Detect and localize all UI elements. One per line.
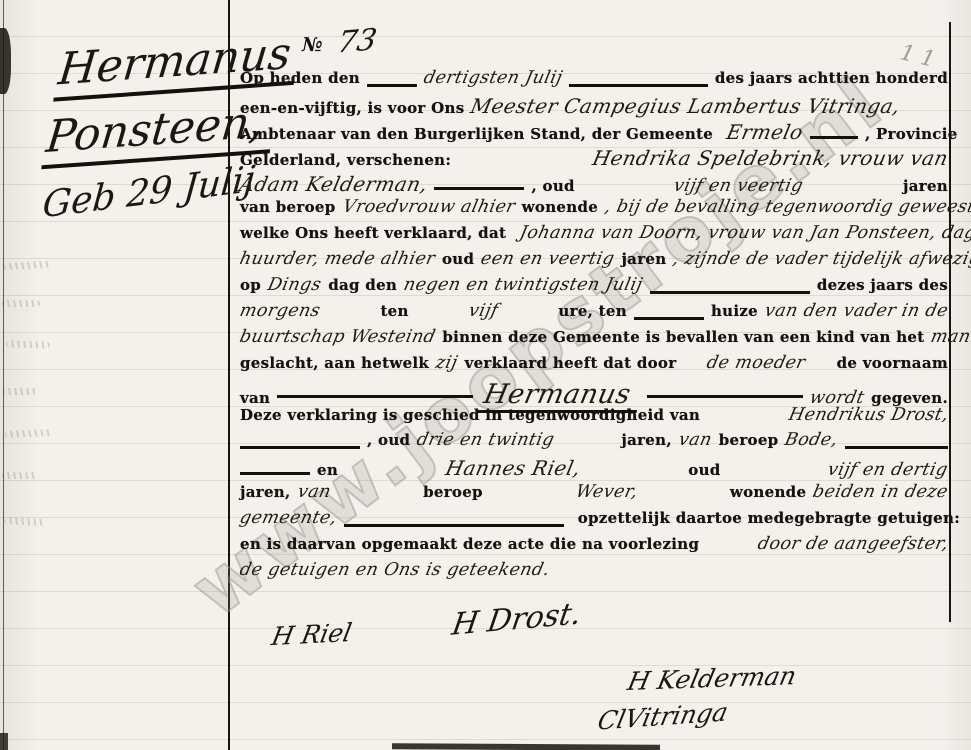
printed-form-text: jaren, (621, 431, 672, 449)
printed-form-text: gegeven. (871, 389, 948, 407)
handwritten-entry: Hannes Riel, (443, 456, 583, 480)
act-line: een-en-vijftig, is voor OnsMeester Campe… (240, 94, 948, 120)
handwritten-entry: morgens (238, 301, 322, 321)
printed-form-text: , oud (531, 177, 574, 195)
handwritten-entry: van (295, 482, 332, 502)
bleed-through-mark (4, 261, 50, 270)
printed-form-text: Op heden den (240, 69, 360, 87)
handwritten-entry: Ermelo (725, 120, 806, 144)
ink-smudge (0, 28, 11, 94)
handwritten-entry: buurtschap Westeind (238, 327, 438, 347)
printed-form-text: en is daarvan opgemaakt deze acte die na… (240, 535, 699, 553)
printed-form-text: beroep (719, 431, 779, 449)
handwritten-entry: Hendrikus Drost, (786, 405, 950, 425)
act-body: № 73 Op heden dendertigsten Julijdes jaa… (240, 24, 948, 586)
printed-form-text: de voornaam (837, 354, 948, 372)
blank-fill-rule (240, 446, 360, 449)
signature-registrar-vitringa: ClVitringa (595, 697, 731, 736)
handwritten-entry: Johanna van Doorn, vrouw van Jan Ponstee… (518, 223, 971, 243)
blank-fill-rule (344, 524, 564, 527)
printed-form-text: geslacht, aan hetwelk (240, 354, 429, 372)
printed-form-text: des jaars achttien honderd (715, 69, 948, 87)
handwritten-entry: een en veertig (479, 249, 616, 269)
printed-form-text: wonende (522, 198, 598, 216)
bleed-through-mark (2, 300, 40, 307)
printed-form-text: oud (688, 461, 720, 479)
printed-form-text: jaren, (240, 483, 291, 501)
printed-form-text: van beroep (240, 198, 336, 216)
signature-declarant-kelderman: H Kelderman (625, 661, 799, 696)
handwritten-entry: Dings (266, 275, 323, 295)
blank-fill-rule (810, 136, 858, 139)
printed-form-text: oud (442, 250, 474, 268)
printed-form-text: opzettelijk daartoe medegebragte getuige… (578, 509, 960, 527)
handwritten-entry: de moeder (705, 353, 807, 373)
act-line: en is daarvan opgemaakt deze acte die na… (240, 534, 948, 560)
handwritten-entry: Hermanus (477, 379, 644, 413)
handwritten-entry: van (677, 430, 714, 450)
act-line: Gelderland, verschenen:Hendrika Speldebr… (240, 146, 948, 172)
printed-form-text: een-en-vijftig, is voor Ons (240, 99, 464, 117)
act-number-label: № (302, 34, 323, 56)
blank-fill-rule (647, 395, 803, 398)
handwritten-entry: vijf en veertig (672, 176, 805, 196)
printed-form-text: Ambtenaar van den Burgerlijken Stand, de… (240, 125, 713, 143)
act-line: Ambtenaar van den Burgerlijken Stand, de… (240, 120, 948, 146)
handwritten-entry: dertigsten Julij (422, 68, 565, 88)
handwritten-entry: mannelijk (929, 327, 971, 347)
blank-fill-rule (634, 317, 704, 320)
right-edge-rule (949, 22, 951, 622)
handwritten-entry: zij (434, 353, 460, 373)
act-line: opDingsdag dennegen en twintigsten Julij… (240, 275, 948, 301)
act-line: , ouddrie en twintigjaren,vanberoepBode, (240, 430, 948, 456)
printed-form-text: wonende (730, 483, 806, 501)
act-line: gemeente,opzettelijk daartoe medegebragt… (240, 508, 948, 534)
act-line: geslacht, aan hetwelkzijverklaard heeft … (240, 353, 948, 379)
handwritten-entry: drie en twintig (415, 430, 556, 450)
bleed-through-mark (6, 340, 50, 349)
act-line: jaren,vanberoepWever,wonendebeiden in de… (240, 482, 948, 508)
act-line: buurtschap Westeindbinnen deze Gemeente … (240, 327, 948, 353)
handwritten-entry: Adam Kelderman, (237, 172, 430, 196)
handwritten-entry: gemeente, (238, 508, 339, 528)
handwritten-entry: van den vader in de (763, 301, 950, 321)
act-text-lines: Op heden dendertigsten Julijdes jaars ac… (240, 68, 948, 586)
left-edge-rule (3, 0, 4, 750)
handwritten-entry: vijf (467, 301, 500, 321)
handwritten-entry: , zijnde de vader tijdelijk afwezig (671, 249, 971, 269)
act-line: morgenstenvijfure, tenhuizevan den vader… (240, 301, 948, 327)
act-line: enHannes Riel,oudvijf en dertig (240, 456, 948, 482)
blank-fill-rule (277, 395, 473, 398)
handwritten-entry: vijf en dertig (826, 460, 950, 480)
act-line: de getuigen en Ons is geteekend. (240, 560, 948, 586)
bleed-through-mark (5, 429, 53, 438)
bleed-through-mark (4, 517, 46, 526)
act-line: huurder, mede alhieroudeen en veertigjar… (240, 249, 948, 275)
signature-witness-drost: H Drost. (449, 596, 583, 643)
printed-form-text: binnen deze Gemeente is bevallen van een… (442, 328, 924, 346)
handwritten-entry: door de aangeefster, (756, 534, 950, 554)
printed-form-text: , Provincie (865, 125, 958, 143)
printed-form-text: Gelderland, verschenen: (240, 151, 451, 169)
printed-form-text: welke Ons heeft verklaard, dat (240, 224, 506, 242)
blank-fill-rule (367, 84, 417, 87)
blank-fill-rule (845, 446, 948, 449)
handwritten-entry: Vroedvrouw alhier (340, 197, 516, 217)
printed-form-text: , oud (367, 431, 410, 449)
handwritten-entry: Hendrika Speldebrink, vrouw van (591, 146, 951, 170)
printed-form-text: van (240, 389, 270, 407)
ink-smudge (0, 733, 8, 750)
printed-form-text: dezes jaars des (817, 276, 948, 294)
printed-form-text: ure, ten (558, 302, 627, 320)
bleed-through-mark (2, 472, 38, 479)
printed-form-text: dag den (328, 276, 397, 294)
act-line: van beroepVroedvrouw alhierwonende, bij … (240, 197, 948, 223)
handwritten-entry: Wever, (573, 482, 639, 502)
handwritten-entry: beiden in deze (811, 482, 950, 502)
ink-smudge (392, 743, 660, 750)
blank-fill-rule (240, 472, 310, 475)
printed-form-text: beroep (423, 483, 483, 501)
act-line: Op heden dendertigsten Julijdes jaars ac… (240, 68, 948, 94)
margin-birth-date-note: Geb 29 Julij (41, 159, 257, 227)
act-line: Adam Kelderman,, oudvijf en veertigjaren (240, 172, 948, 198)
handwritten-entry: Bode, (783, 430, 840, 450)
printed-form-text: ten (380, 302, 408, 320)
act-number-value: 73 (335, 22, 380, 60)
printed-form-text: verklaard heeft dat door (465, 354, 677, 372)
scanned-birth-certificate: { "page": { "watermark": "www.joopstroje… (0, 0, 971, 750)
handwritten-entry: negen en twintigsten Julij (402, 275, 645, 295)
printed-form-text: jaren (903, 177, 948, 195)
blank-fill-rule (650, 291, 810, 294)
printed-form-text: op (240, 276, 261, 294)
printed-form-text: jaren (621, 250, 666, 268)
blank-fill-rule (434, 187, 524, 190)
handwritten-entry: de getuigen en Ons is geteekend. (238, 560, 552, 580)
handwritten-entry: huurder, mede alhier (238, 249, 437, 269)
act-number: № 73 (302, 24, 948, 68)
blank-fill-rule (569, 84, 708, 87)
act-line: vanHermanuswordtgegeven. (240, 379, 948, 405)
handwritten-entry: , bij de bevalling tegenwoordig geweest, (603, 197, 971, 217)
handwritten-entry: Meester Campegius Lambertus Vitringa, (469, 94, 903, 118)
act-line: welke Ons heeft verklaard, datJohanna va… (240, 223, 948, 249)
printed-form-text: en (317, 461, 338, 479)
bleed-through-mark (3, 388, 37, 395)
printed-form-text: huize (711, 302, 758, 320)
signature-witness-riel: H Riel (269, 618, 354, 651)
